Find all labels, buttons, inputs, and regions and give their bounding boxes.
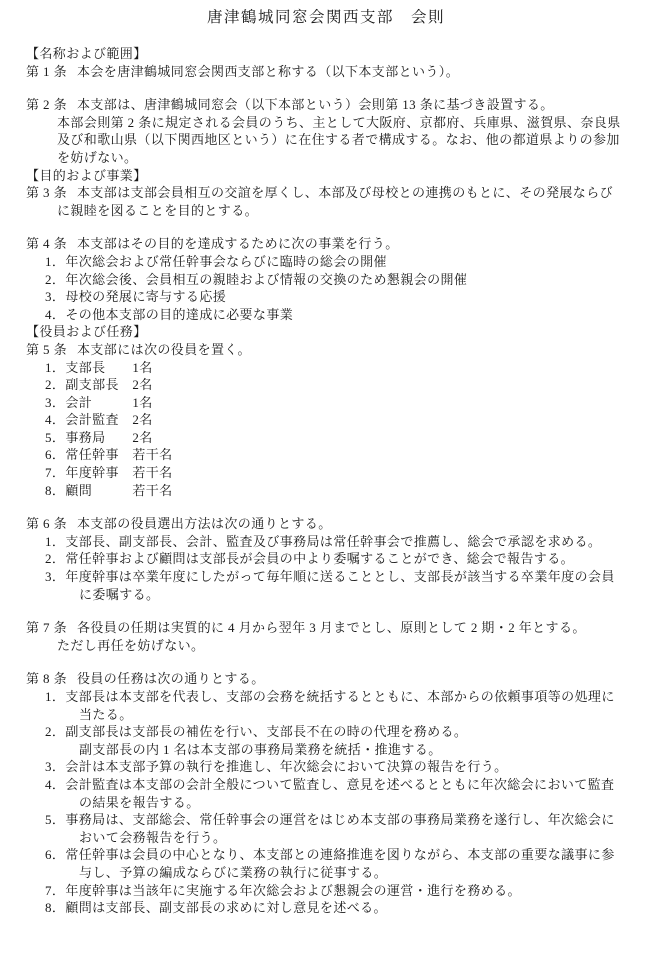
article-text: 本支部は、唐津鶴城同窓会（以下本部という）会則第 13 条に基づき設置する。 [77,97,554,112]
role-name: 事務局 [65,429,132,447]
item-number: 5． [45,812,65,827]
article-label: 第 5 条 [26,342,77,357]
role-count: 若干名 [132,465,172,480]
item-number: 8． [45,483,65,498]
article-label: 第 3 条 [26,185,77,200]
item-number: 3． [45,289,65,304]
article-paragraph: 本部会則第 2 条に規定される会員のうち、主として大阪府、京都府、兵庫県、滋賀県… [26,114,626,167]
item-text: 支部長、副支部長、会計、監査及び事務局は常任幹事会で推薦し、総会で承認を求める。 [65,534,601,549]
role-count: 若干名 [132,447,172,462]
article-2: 第 2 条本支部は、唐津鶴城同窓会（以下本部という）会則第 13 条に基づき設置… [26,96,626,166]
item-number: 2． [45,272,65,287]
section-purpose-and-activities: 【目的および事業】 第 3 条本支部は支部会員相互の交誼を厚くし、本部及び母校と… [26,167,626,324]
article-label: 第 7 条 [26,620,77,635]
role-count: 2名 [132,430,152,445]
item-number: 4． [45,777,65,792]
article-first-line: 第 1 条本会を唐津鶴城同窓会関西支部と称する（以下本支部という）。 [26,63,626,81]
item-number: 1． [45,534,65,549]
item-text: 会計監査は本支部の会計全般について監査し、意見を述べるとともに年次総会において監… [65,777,614,810]
item-number: 1． [45,689,65,704]
article-first-line: 第 4 条本支部はその目的を達成するために次の事業を行う。 [26,235,626,253]
role-count: 若干名 [132,483,172,498]
list-item: 3．年度幹事は卒業年度にしたがって毎年順に送ることとし、支部長が該当する卒業年度… [45,568,626,603]
item-number: 4． [45,307,65,322]
article-text: 本支部は支部会員相互の交誼を厚くし、本部及び母校との連携のもとに、その発展ならび… [57,185,613,218]
role-count: 2名 [132,377,152,392]
role-count: 1名 [132,360,152,375]
role-row: 7．年度幹事若干名 [45,464,626,482]
article-6: 第 6 条本支部の役員選出方法は次の通りとする。 1．支部長、副支部長、会計、監… [26,515,626,603]
role-name: 常任幹事 [65,446,132,464]
item-number: 2． [45,724,65,739]
item-text: 事務局は、支部総会、常任幹事会の運営をはじめ本支部の事務局業務を遂行し、年次総会… [65,812,614,845]
item-text: 年度幹事は当該年に実施する年次総会および懇親会の運営・進行を務める。 [65,883,521,898]
section-heading: 【役員および任務】 [26,323,626,341]
list-item: 2．常任幹事および顧問は支部長が会員の中より委嘱することができ、総会で報告する。 [45,550,626,568]
section-name-and-scope: 【名称および範囲】 第 1 条本会を唐津鶴城同窓会関西支部と称する（以下本支部と… [26,45,626,167]
article-first-line: 第 5 条本支部には次の役員を置く。 [26,341,626,359]
section-officers-and-duties: 【役員および任務】 第 5 条本支部には次の役員を置く。 1．支部長1名 2．副… [26,323,626,916]
item-text: 常任幹事は会員の中心となり、本支部との連絡推進を図りながら、本支部の重要な議事に… [65,847,614,880]
role-count: 1名 [132,395,152,410]
list-item: 4．会計監査は本支部の会計全般について監査し、意見を述べるとともに年次総会におい… [45,776,626,811]
article-6-item-list: 1．支部長、副支部長、会計、監査及び事務局は常任幹事会で推薦し、総会で承認を求め… [26,533,626,603]
article-text: 本支部はその目的を達成するために次の事業を行う。 [77,236,399,251]
list-item: 1．年次総会および常任幹事会ならびに臨時の総会の開催 [45,253,626,271]
list-item: 3．会計は本支部予算の執行を推進し、年次総会において決算の報告を行う。 [45,758,626,776]
item-text: 年次総会および常任幹事会ならびに臨時の総会の開催 [65,254,387,269]
role-name: 会計監査 [65,411,132,429]
article-first-line: 第 7 条各役員の任期は実質的に 4 月から翌年 3 月までとし、原則として 2… [26,619,626,637]
item-number: 8． [45,900,65,915]
article-label: 第 1 条 [26,64,77,79]
article-text: 本会を唐津鶴城同窓会関西支部と称する（以下本支部という）。 [77,64,459,79]
item-number: 1． [45,254,65,269]
item-number: 3． [45,569,65,584]
article-first-line: 第 8 条役員の任務は次の通りとする。 [26,670,626,688]
list-item: 6．常任幹事は会員の中心となり、本支部との連絡推進を図りながら、本支部の重要な議… [45,846,626,881]
item-text: 年次総会後、会員相互の親睦および情報の交換のため懇親会の開催 [65,272,467,287]
article-8-item-list: 1．支部長は本支部を代表し、支部の会務を統括するとともに、本部からの依頼事項等の… [26,688,626,917]
article-label: 第 2 条 [26,97,77,112]
role-row: 6．常任幹事若干名 [45,446,626,464]
role-row: 1．支部長1名 [45,359,626,377]
article-1: 第 1 条本会を唐津鶴城同窓会関西支部と称する（以下本支部という）。 [26,63,626,81]
article-text: 役員の任務は次の通りとする。 [77,671,265,686]
item-number: 3． [45,395,65,410]
article-7: 第 7 条各役員の任期は実質的に 4 月から翌年 3 月までとし、原則として 2… [26,619,626,654]
item-number: 6． [45,847,65,862]
article-text: 本支部には次の役員を置く。 [77,342,251,357]
item-text: 顧問は支部長、副支部長の求めに対し意見を述べる。 [65,900,387,915]
list-item: 8．顧問は支部長、副支部長の求めに対し意見を述べる。 [45,899,626,917]
article-first-line: 第 6 条本支部の役員選出方法は次の通りとする。 [26,515,626,533]
list-item: 1．支部長は本支部を代表し、支部の会務を統括するとともに、本部からの依頼事項等の… [45,688,626,723]
list-item: 7．年度幹事は当該年に実施する年次総会および懇親会の運営・進行を務める。 [45,882,626,900]
item-number: 5． [45,430,65,445]
role-row: 4．会計監査2名 [45,411,626,429]
item-text: 支部長は本支部を代表し、支部の会務を統括するとともに、本部からの依頼事項等の処理… [65,689,614,722]
item-text: 年度幹事は卒業年度にしたがって毎年順に送ることとし、支部長が該当する卒業年度の会… [65,569,614,602]
role-name: 顧問 [65,482,132,500]
article-3: 第 3 条本支部は支部会員相互の交誼を厚くし、本部及び母校との連携のもとに、その… [26,184,626,219]
item-number: 2． [45,551,65,566]
role-row: 8．顧問若干名 [45,482,626,500]
item-sub-text: 副支部長の内 1 名は本支部の事務局業務を統括・推進する。 [45,741,626,759]
list-item: 3．母校の発展に寄与する応援 [45,288,626,306]
section-heading: 【目的および事業】 [26,167,626,185]
role-row: 2．副支部長2名 [45,376,626,394]
article-paragraph: ただし再任を妨げない。 [26,637,626,655]
article-label: 第 4 条 [26,236,77,251]
article-text: 本支部の役員選出方法は次の通りとする。 [77,516,332,531]
item-number: 4． [45,412,65,427]
section-heading: 【名称および範囲】 [26,45,626,63]
article-first-line: 第 3 条本支部は支部会員相互の交誼を厚くし、本部及び母校との連携のもとに、その… [26,184,626,219]
item-text: 常任幹事および顧問は支部長が会員の中より委嘱することができ、総会で報告する。 [65,551,574,566]
item-number: 1． [45,360,65,375]
article-8: 第 8 条役員の任務は次の通りとする。 1．支部長は本支部を代表し、支部の会務を… [26,670,626,916]
role-row: 5．事務局2名 [45,429,626,447]
article-label: 第 8 条 [26,671,77,686]
list-item: 2．副支部長は支部長の補佐を行い、支部長不在の時の代理を務める。副支部長の内 1… [45,723,626,758]
role-count: 2名 [132,412,152,427]
article-text: 各役員の任期は実質的に 4 月から翌年 3 月までとし、原則として 2 期・2 … [77,620,586,635]
article-4-item-list: 1．年次総会および常任幹事会ならびに臨時の総会の開催 2．年次総会後、会員相互の… [26,253,626,323]
item-text: 母校の発展に寄与する応援 [65,289,226,304]
list-item: 2．年次総会後、会員相互の親睦および情報の交換のため懇親会の開催 [45,271,626,289]
article-4: 第 4 条本支部はその目的を達成するために次の事業を行う。 1．年次総会および常… [26,235,626,323]
article-5: 第 5 条本支部には次の役員を置く。 1．支部長1名 2．副支部長2名 3．会計… [26,341,626,499]
item-text: 副支部長は支部長の補佐を行い、支部長不在の時の代理を務める。 [65,724,467,739]
item-text: その他本支部の目的達成に必要な事業 [65,307,293,322]
document-page: 唐津鶴城同窓会関西支部 会則 【名称および範囲】 第 1 条本会を唐津鶴城同窓会… [0,0,650,956]
item-number: 7． [45,883,65,898]
role-name: 会計 [65,394,132,412]
role-name: 支部長 [65,359,132,377]
officer-role-list: 1．支部長1名 2．副支部長2名 3．会計1名 4．会計監査2名 5．事務局2名… [26,359,626,500]
list-item: 1．支部長、副支部長、会計、監査及び事務局は常任幹事会で推薦し、総会で承認を求め… [45,533,626,551]
item-text: 会計は本支部予算の執行を推進し、年次総会において決算の報告を行う。 [65,759,507,774]
role-name: 年度幹事 [65,464,132,482]
item-number: 2． [45,377,65,392]
item-number: 3． [45,759,65,774]
role-name: 副支部長 [65,376,132,394]
article-label: 第 6 条 [26,516,77,531]
document-title: 唐津鶴城同窓会関西支部 会則 [26,8,626,28]
list-item: 5．事務局は、支部総会、常任幹事会の運営をはじめ本支部の事務局業務を遂行し、年次… [45,811,626,846]
article-first-line: 第 2 条本支部は、唐津鶴城同窓会（以下本部という）会則第 13 条に基づき設置… [26,96,626,114]
item-number: 6． [45,447,65,462]
list-item: 4．その他本支部の目的達成に必要な事業 [45,306,626,324]
item-number: 7． [45,465,65,480]
role-row: 3．会計1名 [45,394,626,412]
